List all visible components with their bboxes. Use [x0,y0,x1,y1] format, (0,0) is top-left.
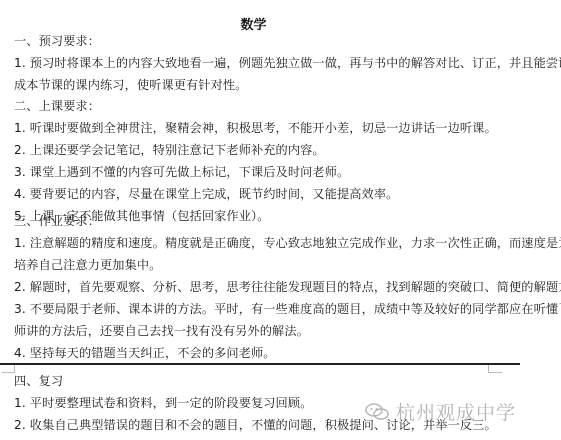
page-break-divider [0,363,520,365]
list-item: 1. 平时要整理试卷和资料，到一定的阶段要复习回顾。 [14,395,312,411]
list-item-continuation: 培养自己注意力更加集中。 [14,257,161,273]
document-page: 数学 一、预习要求： 1. 预习时将课本上的内容大致地看一遍，例题先独立做一做，… [0,0,561,440]
list-item: 1. 预习时将课本上的内容大致地看一遍，例题先独立做一做，再与书中的解答对比、订… [14,55,561,71]
section-heading-homework: 三、作业要求： [14,213,100,229]
section-heading-preview: 一、预习要求： [14,33,100,49]
wechat-icon [364,402,390,422]
list-item: 3. 课堂上遇到不懂的内容可先做上标记，下课后及时问老师。 [14,164,349,180]
watermark-text: 杭州观成中学 [396,398,516,425]
list-item: 4. 坚持每天的错题当天纠正，不会的多问老师。 [14,345,276,361]
list-item: 2. 上课还要学会记笔记，特别注意记下老师补充的内容。 [14,142,325,158]
crop-mark [488,372,502,373]
list-item-continuation: 成本节课的课内练习，使听课更有针对性。 [14,77,247,93]
list-item: 2. 解题时，首先要观察、分析、思考，思考往往能发现题目的特点，找到解题的突破口… [14,279,561,295]
document-title: 数学 [0,14,507,33]
list-item: 4. 要背要记的内容，尽量在课堂上完成，既节约时间，又能提高效率。 [14,186,398,202]
list-item: 3. 不要局限于老师、课本讲的方法。平时，有一些难度高的题目，成绩中等及较好的同… [14,301,561,317]
list-item: 1. 听课时要做到全神贯注，聚精会神，积极思考，不能开小差，切忌一边讲话一边听课… [14,120,497,136]
list-item-continuation: 师讲的方法后，还要自己去找一找有没有另外的解法。 [14,323,309,339]
list-item: 1. 注意解题的精度和速度。精度就是正确度，专心致志地独立完成作业，力求一次性正… [14,235,561,251]
section-heading-review: 四、复习 [14,373,63,389]
watermark: 杭州观成中学 [364,398,516,425]
section-heading-class: 二、上课要求： [14,98,100,114]
